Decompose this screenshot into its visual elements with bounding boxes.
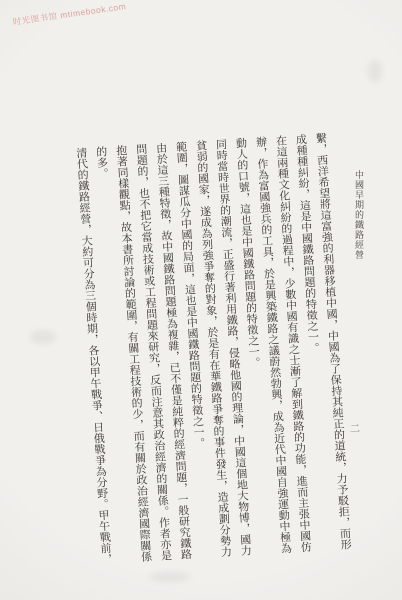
library-watermark: 时光图书馆 mtimebook.com — [12, 0, 127, 28]
scan-smudge — [150, 572, 190, 582]
scanned-book-page: 时光图书馆 mtimebook.com 繫，西洋希望將這富強的利器移植中國，中國… — [0, 0, 402, 600]
scan-smudge — [30, 330, 56, 344]
vertical-text-block: 繫，西洋希望將這富強的利器移植中國，中國為了保持其純正的道統，力予駁拒，而形成種… — [70, 132, 355, 572]
running-title: 中國早期的鐵路經營 — [353, 170, 366, 260]
page-number: 二 — [350, 420, 360, 435]
scan-smudge — [368, 60, 382, 82]
